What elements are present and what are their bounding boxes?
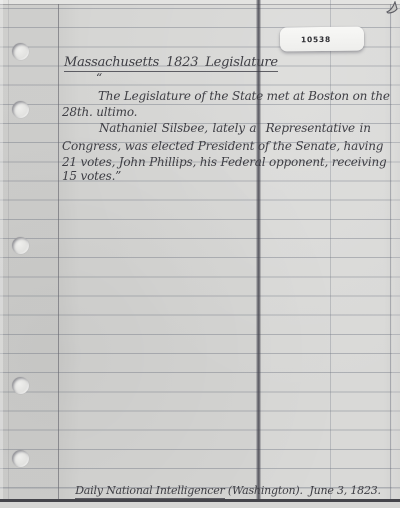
- faint-crease-line: [330, 0, 331, 503]
- ruled-lines: [0, 8, 400, 503]
- scanned-notebook-page: 10538 Massachusetts 1823 Legislature “ T…: [0, 0, 400, 508]
- handwriting-line: 21 votes, John Phillips, his Federal opp…: [62, 155, 387, 170]
- right-rule-line: [390, 4, 391, 503]
- citation-detail: (Washington). June 3, 1823.: [225, 484, 381, 497]
- punch-hole: [12, 450, 29, 467]
- catalog-sticker: 10538: [280, 27, 364, 52]
- page-right-edge: [392, 0, 400, 508]
- handwriting-line: Congress, was elected President of the S…: [62, 139, 383, 154]
- punch-hole: [12, 101, 29, 118]
- handwriting-line: 15 votes.”: [62, 169, 121, 184]
- handwriting-line: 28th. ultimo.: [62, 105, 137, 120]
- page-left-edge: [0, 0, 3, 508]
- handwriting-line: Nathaniel Silsbee, lately a Representati…: [99, 121, 371, 136]
- citation-line: Daily National Intelligencer (Washington…: [62, 468, 381, 508]
- handwriting-open-quote: “: [96, 71, 102, 86]
- catalog-number: 10538: [301, 34, 331, 43]
- page-left-edge-line: [8, 0, 9, 508]
- punch-hole: [12, 43, 29, 60]
- citation-source: Daily National Intelligencer: [75, 484, 224, 499]
- punch-hole: [12, 377, 29, 394]
- fold-crease-line: [256, 0, 261, 503]
- handwritten-title: Massachusetts 1823 Legislature: [64, 55, 278, 72]
- punch-hole: [12, 237, 29, 254]
- page-top-edge-line: [0, 4, 400, 5]
- page-curl-icon: [386, 1, 399, 15]
- margin-rule-line: [58, 4, 59, 503]
- handwriting-line: The Legislature of the State met at Bost…: [98, 89, 390, 104]
